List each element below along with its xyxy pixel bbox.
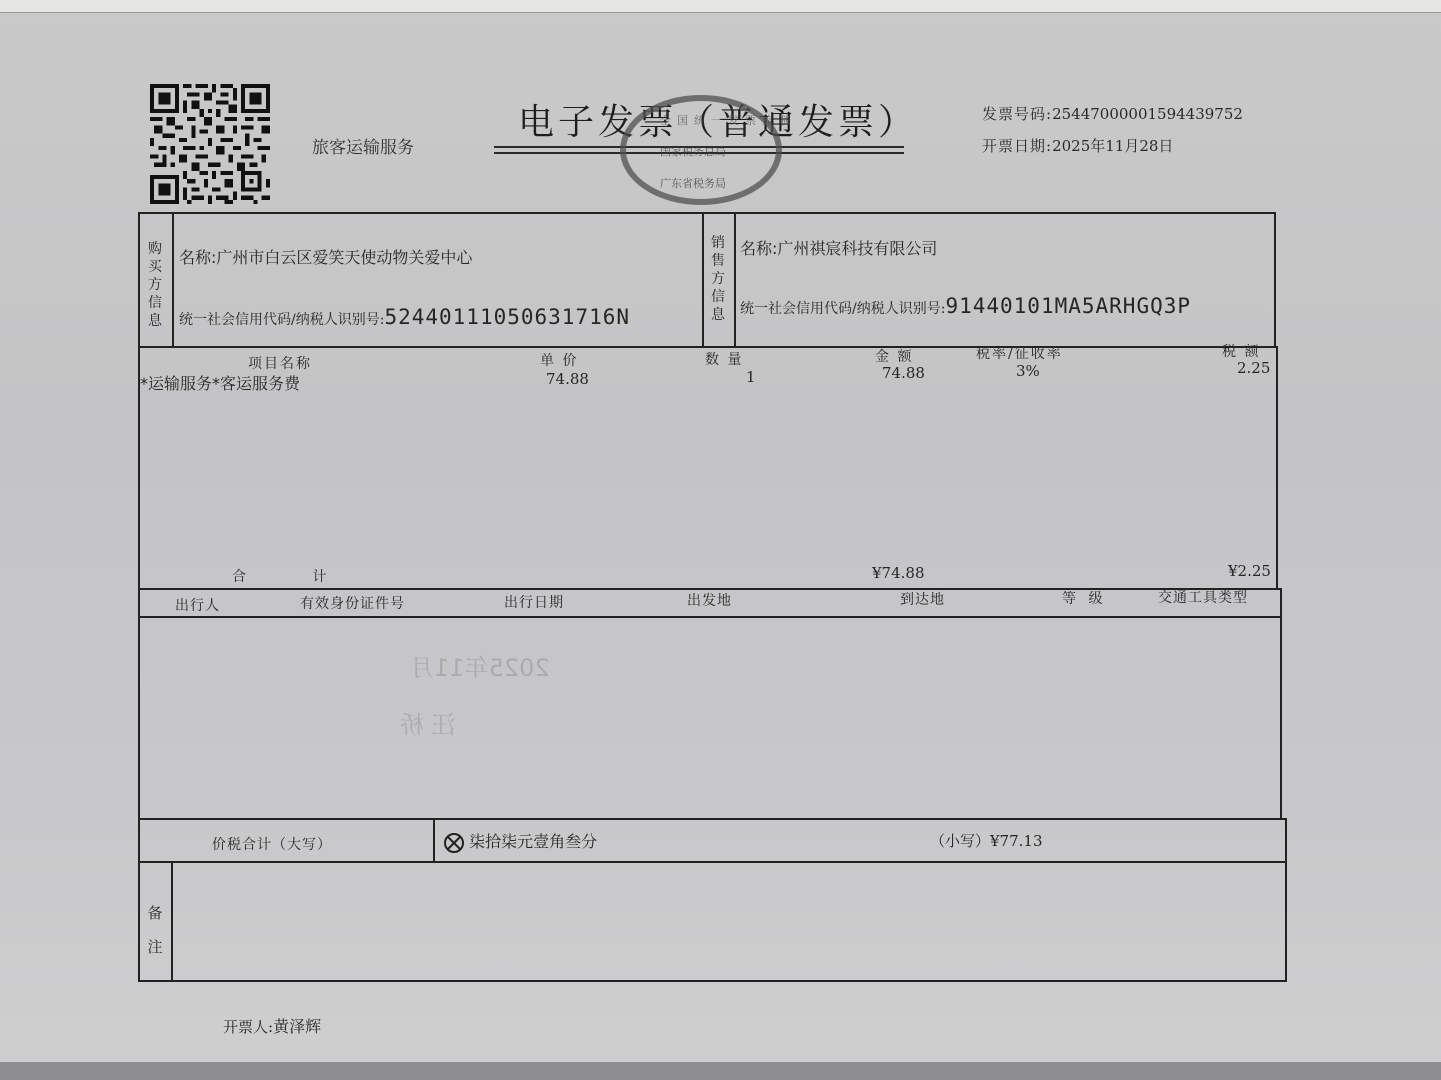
issuer-name: 黄泽辉 [273, 1017, 321, 1036]
col-header-class: 等 级 [1062, 588, 1106, 608]
grand-total-top-divider [140, 818, 1287, 820]
seller-name-label: 名称: [740, 239, 777, 258]
buyer-taxid-value: 52440111050631716N [384, 305, 630, 329]
col-header-travel-date: 出行日期 [504, 592, 564, 612]
buyer-section-label: 购买方信息 [147, 240, 163, 330]
issuer-label: 开票人: [223, 1018, 273, 1036]
grand-total-lowercase-label: （小写） [930, 832, 990, 850]
col-header-traveler: 出行人 [175, 595, 220, 615]
issue-date-label: 开票日期: [982, 137, 1052, 155]
grand-total-lowercase-value: ¥77.13 [990, 832, 1043, 850]
remarks-value [180, 875, 1280, 975]
col-header-departure: 出发地 [687, 590, 732, 610]
total-amount: ¥74.88 [872, 564, 925, 582]
col-header-unit-price: 单 价 [540, 350, 578, 370]
table-right-border [1280, 588, 1282, 820]
table-bottom-border [138, 980, 1287, 982]
col-header-amount: 金 额 [875, 346, 913, 366]
invoice-number-label: 发票号码: [982, 105, 1052, 123]
total-tax: ¥2.25 [1228, 562, 1271, 580]
col-header-destination: 到达地 [900, 589, 945, 609]
item-amount: 74.88 [882, 364, 925, 382]
issuer: 开票人:黄泽辉 [223, 1014, 321, 1037]
grand-total-uppercase-value: 柒拾柒元壹角叁分 [469, 832, 597, 851]
invoice-number-value: 25447000001594439752 [1052, 105, 1243, 123]
issue-date: 开票日期:2025年11月28日 [982, 135, 1173, 156]
buyer-name-value: 广州市白云区爱笑天使动物关爱中心 [216, 248, 472, 267]
table-surface [0, 1062, 1441, 1080]
buyer-taxid-label: 统一社会信用代码/纳税人识别号: [179, 312, 384, 328]
party-divider [702, 214, 704, 346]
seal-top-text: 全国统一发票监制 [660, 112, 796, 128]
buyer-label-divider [172, 214, 174, 346]
col-header-item-name: 项目名称 [248, 353, 312, 373]
col-header-vehicle-type: 交通工具类型 [1158, 587, 1248, 607]
item-unit-price: 74.88 [546, 370, 589, 388]
grand-total-label: 价税合计（大写） [212, 834, 332, 854]
item-name: *运输服务*客运服务费 [140, 371, 300, 394]
paper-top-edge [0, 0, 1441, 13]
remarks-label-divider [171, 862, 173, 980]
bleed-through-mark: 2025年11月 [410, 648, 550, 683]
seller-name-value: 广州祺宸科技有限公司 [777, 239, 937, 258]
item-tax-rate: 3% [1016, 362, 1040, 380]
service-type-label: 旅客运输服务 [312, 133, 414, 158]
col-header-quantity: 数 量 [705, 349, 743, 369]
table-left-border [138, 346, 140, 982]
seal-middle-text: 国家税务总局 [660, 143, 726, 159]
grand-total-uppercase: 柒拾柒元壹角叁分 [444, 829, 597, 853]
issue-date-value: 2025年11月28日 [1052, 137, 1173, 155]
col-header-tax-rate: 税率/征收率 [976, 343, 1063, 363]
col-header-tax: 税 额 [1222, 341, 1260, 361]
buyer-name: 名称:广州市白云区爱笑天使动物关爱中心 [179, 245, 472, 268]
seller-taxid-label: 统一社会信用代码/纳税人识别号: [740, 301, 945, 317]
bleed-through-mark: 汪 桥 [400, 705, 456, 740]
seller-label-divider [734, 214, 736, 346]
qr-code-icon [150, 84, 270, 204]
buyer-name-label: 名称: [179, 248, 216, 267]
grand-total-lowercase: （小写）¥77.13 [930, 830, 1043, 851]
grand-total-bottom-divider [140, 861, 1287, 863]
invoice-number: 发票号码:25447000001594439752 [982, 103, 1243, 124]
circled-x-icon [444, 833, 464, 853]
item-tax: 2.25 [1237, 359, 1270, 377]
seller-taxid: 统一社会信用代码/纳税人识别号:91440101MA5ARHGQ3P [740, 294, 1191, 318]
seller-taxid-value: 91440101MA5ARHGQ3P [945, 294, 1191, 318]
seller-name: 名称:广州祺宸科技有限公司 [740, 236, 937, 259]
table-right-border [1285, 818, 1287, 982]
remarks-label: 备注 [147, 896, 163, 964]
grand-total-divider [433, 820, 435, 862]
item-quantity: 1 [746, 368, 756, 386]
col-header-id-number: 有效身份证件号 [300, 593, 405, 613]
total-label: 合 计 [232, 566, 329, 586]
seal-bottom-text: 广东省税务局 [660, 175, 726, 191]
passenger-header-divider [140, 616, 1282, 618]
buyer-taxid: 统一社会信用代码/纳税人识别号:52440111050631716N [179, 305, 630, 329]
table-right-border [1276, 346, 1278, 590]
seller-section-label: 销售方信息 [710, 234, 726, 324]
